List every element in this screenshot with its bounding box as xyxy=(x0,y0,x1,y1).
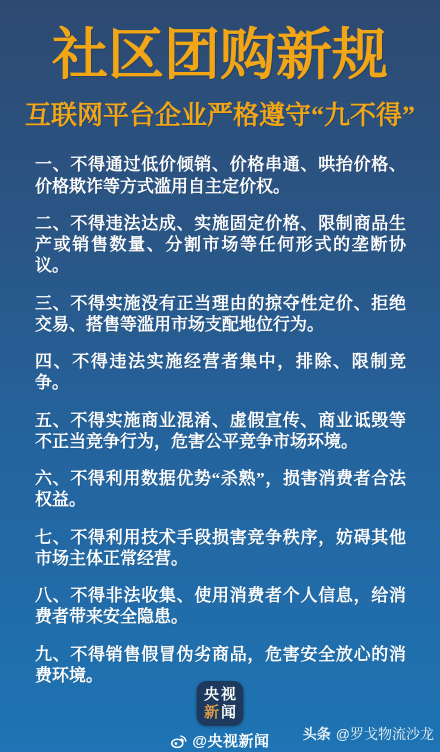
toutiao-handle: @罗戈物流沙龙 xyxy=(336,724,434,744)
rule-item-2: 二、不得违法达成、实施固定价格、限制商品生产或销售数量、分割市场等任何形式的垄断… xyxy=(35,213,406,277)
poster-title: 社区团购新规 xyxy=(0,0,440,88)
poster-subtitle: 互联网平台企业严格遵守“九不得” xyxy=(0,88,440,131)
rule-item-8: 八、不得非法收集、使用消费者个人信息，给消费者带来安全隐患。 xyxy=(35,585,406,628)
weibo-handle: @央视新闻 xyxy=(192,730,269,751)
logo-char-wen: 闻 xyxy=(221,705,238,721)
rule-item-1: 一、不得通过低价倾销、价格串通、哄抬价格、价格欺诈等方式滥用自主定价权。 xyxy=(35,154,406,197)
rule-item-4: 四、不得违法实施经营者集中，排除、限制竞争。 xyxy=(35,351,406,394)
rule-item-7: 七、不得利用技术手段损害竞争秩序，妨碍其他市场主体正常经营。 xyxy=(35,527,406,570)
news-poster: 社区团购新规 互联网平台企业严格遵守“九不得” 一、不得通过低价倾销、价格串通、… xyxy=(0,0,440,752)
cctv-news-logo-row1: 央视 xyxy=(204,686,238,704)
rule-item-3: 三、不得实施没有正当理由的掠夺性定价、拒绝交易、搭售等滥用市场支配地位行为。 xyxy=(35,293,406,336)
rule-item-5: 五、不得实施商业混淆、虚假宣传、商业诋毁等不正当竞争行为，危害公平竞争市场环境。 xyxy=(35,410,406,453)
cctv-news-logo-row2: 新闻 xyxy=(204,704,238,722)
toutiao-logo: 头条 xyxy=(303,724,331,744)
rule-item-6: 六、不得利用数据优势“杀熟”，损害消费者合法权益。 xyxy=(35,468,406,511)
cctv-news-logo: 央视 新闻 xyxy=(197,681,244,726)
logo-char-xin: 新 xyxy=(204,705,221,721)
rules-list: 一、不得通过低价倾销、价格串通、哄抬价格、价格欺诈等方式滥用自主定价权。 二、不… xyxy=(35,154,406,686)
toutiao-watermark: 头条 @罗戈物流沙龙 xyxy=(303,724,434,744)
weibo-icon xyxy=(170,733,188,749)
rule-item-9: 九、不得销售假冒伪劣商品，危害安全放心的消费环境。 xyxy=(35,644,406,687)
